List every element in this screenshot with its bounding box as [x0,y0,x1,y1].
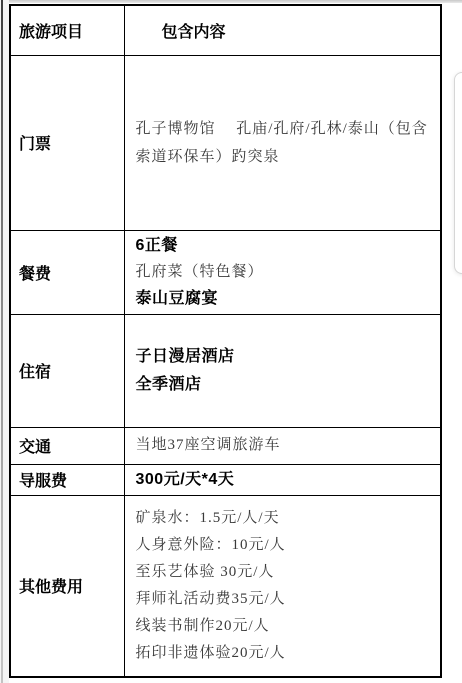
table-row-meals: 餐费 6正餐 孔府菜（特色餐） 泰山豆腐宴 [10,230,441,314]
tour-package-table: 旅游项目 包含内容 门票 孔子博物馆 孔庙/孔府/孔林/泰山（包含索道环保车）趵… [9,4,442,678]
row-label-transport: 交通 [10,427,124,464]
row-content-guide-fee: 300元/天*4天 [124,464,441,495]
other-fees-line-art-experience: 至乐艺体验 30元/人 [136,559,435,586]
header-cell-included-content: 包含内容 [124,5,441,55]
row-content-lodging: 子日漫居酒店 全季酒店 [124,314,441,427]
other-fees-line-water: 矿泉水：1.5元/人/天 [136,505,435,532]
transport-content-text: 当地37座空调旅游车 [136,432,435,459]
row-label-lodging: 住宿 [10,314,124,427]
lodging-line-hotel-1: 子日漫居酒店 [136,343,435,371]
table-header-row: 旅游项目 包含内容 [10,5,441,55]
row-label-guide-fee: 导服费 [10,464,124,495]
row-content-meals: 6正餐 孔府菜（特色餐） 泰山豆腐宴 [124,230,441,314]
table-row-tickets: 门票 孔子博物馆 孔庙/孔府/孔林/泰山（包含索道环保车）趵突泉 [10,55,441,230]
header-cell-project: 旅游项目 [10,5,124,55]
floating-panel-edge[interactable] [454,72,462,274]
meals-line-taishan-tofu: 泰山豆腐宴 [136,286,435,312]
row-label-meals: 餐费 [10,230,124,314]
table-row-guide-fee: 导服费 300元/天*4天 [10,464,441,495]
meals-line-kongfu-cuisine: 孔府菜（特色餐） [136,259,435,286]
table-row-lodging: 住宿 子日漫居酒店 全季酒店 [10,314,441,427]
lodging-line-hotel-2: 全季酒店 [136,371,435,399]
guide-fee-content-text: 300元/天*4天 [136,467,435,493]
window-top-edge [0,0,462,3]
other-fees-line-insurance: 人身意外险：10元/人 [136,532,435,559]
window-left-gutter [0,0,9,683]
window-left-edge-shadow [1,0,3,683]
other-fees-line-apprentice-ceremony: 拜师礼活动费35元/人 [136,586,435,613]
row-content-tickets: 孔子博物馆 孔庙/孔府/孔林/泰山（包含索道环保车）趵突泉 [124,55,441,230]
other-fees-line-bookbinding: 线装书制作20元/人 [136,613,435,640]
row-content-transport: 当地37座空调旅游车 [124,427,441,464]
row-content-other-fees: 矿泉水：1.5元/人/天 人身意外险：10元/人 至乐艺体验 30元/人 拜师礼… [124,495,441,677]
meals-line-dinners: 6正餐 [136,233,435,259]
table-row-transport: 交通 当地37座空调旅游车 [10,427,441,464]
other-fees-line-rubbing-experience: 拓印非遗体验20元/人 [136,640,435,667]
row-label-tickets: 门票 [10,55,124,230]
tickets-content-text: 孔子博物馆 孔庙/孔府/孔林/泰山（包含索道环保车）趵突泉 [136,115,435,171]
table-row-other-fees: 其他费用 矿泉水：1.5元/人/天 人身意外险：10元/人 至乐艺体验 30元/… [10,495,441,677]
row-label-other-fees: 其他费用 [10,495,124,677]
